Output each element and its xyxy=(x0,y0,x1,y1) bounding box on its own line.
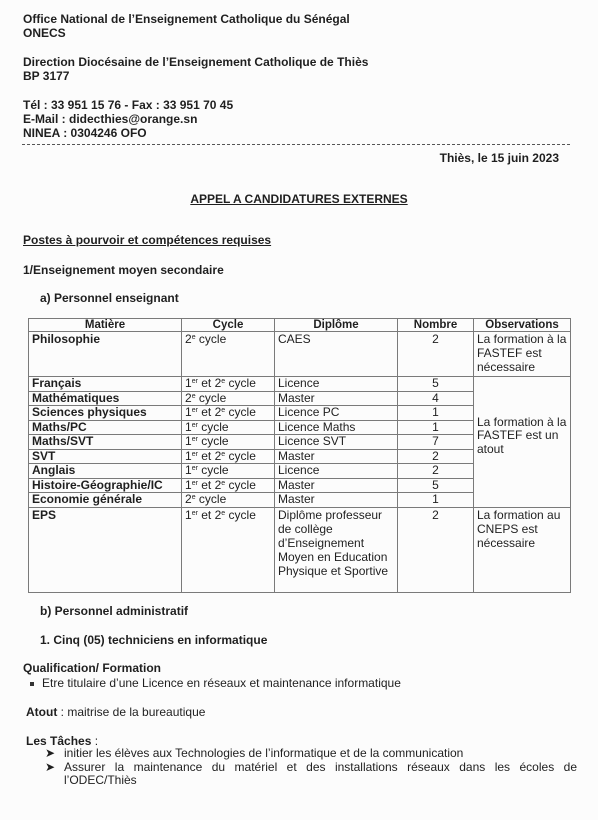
cell-cycle: 1er cycle xyxy=(182,435,275,450)
cell-matiere: Maths/SVT xyxy=(29,435,182,450)
document-date: Thiès, le 15 juin 2023 xyxy=(440,151,559,165)
atout-label: Atout xyxy=(26,705,57,719)
col-header-matiere: Matière xyxy=(29,319,182,332)
cell-nombre: 5 xyxy=(398,377,474,392)
cell-diplome: CAES xyxy=(275,332,398,377)
cell-matiere: Maths/PC xyxy=(29,420,182,435)
table-header-row: Matière Cycle Diplôme Nombre Observation… xyxy=(29,319,571,332)
cell-observations: La formation à la FASTEF est nécessaire xyxy=(474,332,571,377)
cell-observations: La formation au CNEPS est nécessaire xyxy=(474,507,571,592)
cell-cycle: 2e cycle xyxy=(182,391,275,406)
cell-diplome: Licence xyxy=(275,377,398,392)
cell-diplome: Licence SVT xyxy=(275,435,398,450)
cell-diplome: Diplôme professeur de collège d’Enseigne… xyxy=(275,507,398,592)
cell-nombre: 1 xyxy=(398,406,474,421)
cell-diplome: Master xyxy=(275,493,398,508)
col-header-observations: Observations xyxy=(474,319,571,332)
cell-matiere: Mathématiques xyxy=(29,391,182,406)
cell-matiere: Sciences physiques xyxy=(29,406,182,421)
cell-nombre: 1 xyxy=(398,420,474,435)
cell-diplome: Master xyxy=(275,391,398,406)
atout-line: Atout : maitrise de la bureautique xyxy=(26,705,205,719)
direction-name: Direction Diocésaine de l’Enseignement C… xyxy=(23,55,368,69)
table-row: Français1er et 2e cycleLicence5La format… xyxy=(29,377,571,392)
org-acronym: ONECS xyxy=(23,26,66,40)
arrow-bullet-icon: ➤ xyxy=(45,747,55,761)
cell-matiere: Economie générale xyxy=(29,493,182,508)
qualification-item: Etre titulaire d’une Licence en réseaux … xyxy=(30,676,401,690)
cell-cycle: 1er cycle xyxy=(182,464,275,479)
job-title-techniciens: 1. Cinq (05) techniciens en informatique xyxy=(40,633,267,647)
square-bullet-icon xyxy=(30,682,34,686)
cell-cycle: 2e cycle xyxy=(182,332,275,377)
cell-cycle: 1er et 2e cycle xyxy=(182,449,275,464)
taches-list: ➤ initier les élèves aux Technologies de… xyxy=(45,747,577,788)
cell-nombre: 5 xyxy=(398,478,474,493)
subsection-personnel-administratif: b) Personnel administratif xyxy=(40,604,188,618)
cell-diplome: Master xyxy=(275,449,398,464)
teaching-positions-table: Matière Cycle Diplôme Nombre Observation… xyxy=(28,318,571,593)
cell-diplome: Licence xyxy=(275,464,398,479)
org-name: Office National de l’Enseignement Cathol… xyxy=(23,12,350,26)
ninea: NINEA : 0304246 OFO xyxy=(23,126,147,140)
task-item: ➤ initier les élèves aux Technologies de… xyxy=(45,747,577,761)
cell-nombre: 2 xyxy=(398,507,474,592)
cell-matiere: Philosophie xyxy=(29,332,182,377)
cell-cycle: 2e cycle xyxy=(182,493,275,508)
cell-observations: La formation à la FASTEF est un atout xyxy=(474,377,571,508)
task-item: ➤ Assurer la maintenance du matériel et … xyxy=(45,761,577,788)
cell-nombre: 2 xyxy=(398,464,474,479)
cell-nombre: 7 xyxy=(398,435,474,450)
cell-nombre: 1 xyxy=(398,493,474,508)
cell-diplome: Licence Maths xyxy=(275,420,398,435)
cell-matiere: Histoire-Géographie/IC xyxy=(29,478,182,493)
cell-cycle: 1er et 2e cycle xyxy=(182,406,275,421)
cell-diplome: Licence PC xyxy=(275,406,398,421)
cell-cycle: 1er et 2e cycle xyxy=(182,507,275,592)
task-text: initier les élèves aux Technologies de l… xyxy=(64,746,463,760)
cell-cycle: 1er cycle xyxy=(182,420,275,435)
table-row: Philosophie2e cycleCAES2La formation à l… xyxy=(29,332,571,377)
cell-matiere: EPS xyxy=(29,507,182,592)
po-box: BP 3177 xyxy=(23,69,69,83)
col-header-cycle: Cycle xyxy=(182,319,275,332)
cell-matiere: Français xyxy=(29,377,182,392)
cell-nombre: 4 xyxy=(398,391,474,406)
subsection-personnel-enseignant: a) Personnel enseignant xyxy=(40,291,179,305)
arrow-bullet-icon: ➤ xyxy=(45,761,55,775)
section-heading-postes: Postes à pourvoir et compétences requise… xyxy=(23,233,271,247)
cell-nombre: 2 xyxy=(398,332,474,377)
cell-diplome: Master xyxy=(275,478,398,493)
qualification-text: Etre titulaire d’une Licence en réseaux … xyxy=(42,676,401,690)
task-text: Assurer la maintenance du matériel et de… xyxy=(64,760,577,788)
col-header-diplome: Diplôme xyxy=(275,319,398,332)
cell-cycle: 1er et 2e cycle xyxy=(182,377,275,392)
cell-matiere: SVT xyxy=(29,449,182,464)
cell-nombre: 2 xyxy=(398,449,474,464)
section-enseignement-moyen: 1/Enseignement moyen secondaire xyxy=(23,263,224,277)
atout-text: : maitrise de la bureautique xyxy=(57,705,205,719)
col-header-nombre: Nombre xyxy=(398,319,474,332)
header-divider xyxy=(22,144,570,145)
cell-cycle: 1er et 2e cycle xyxy=(182,478,275,493)
cell-matiere: Anglais xyxy=(29,464,182,479)
qualification-label: Qualification/ Formation xyxy=(23,661,161,675)
email: E-Mail : didecthies@orange.sn xyxy=(23,112,197,126)
table-row: EPS1er et 2e cycleDiplôme professeur de … xyxy=(29,507,571,592)
phone-fax: Tél : 33 951 15 76 - Fax : 33 951 70 45 xyxy=(23,98,233,112)
document-title: APPEL A CANDIDATURES EXTERNES xyxy=(0,192,598,206)
